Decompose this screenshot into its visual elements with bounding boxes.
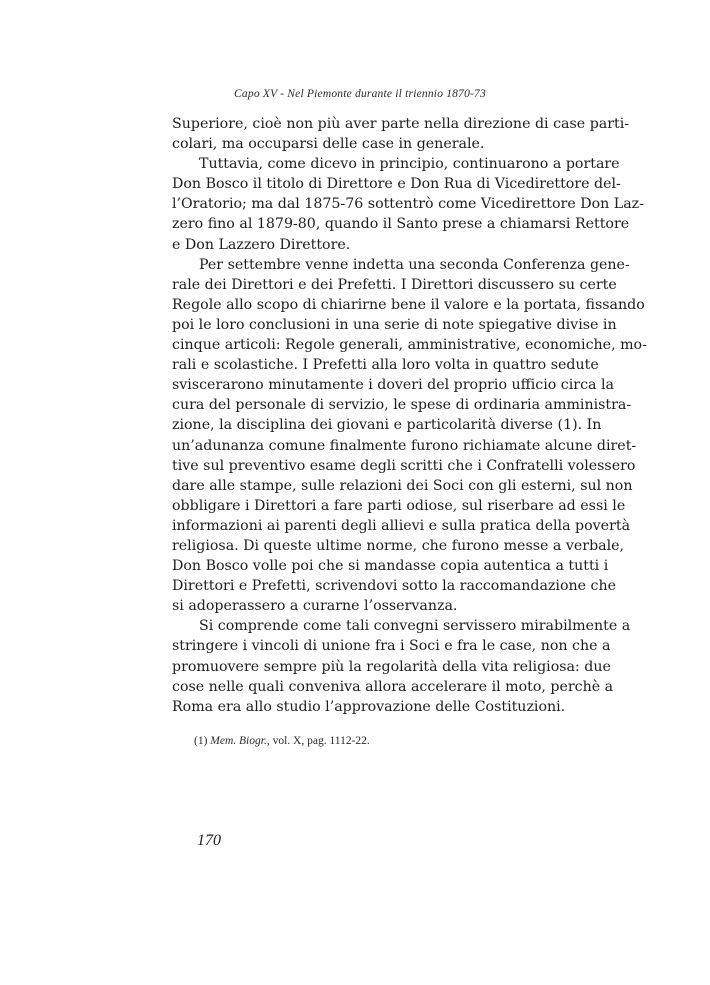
text-line: Tuttavia, come dicevo in principio, cont…	[172, 154, 570, 174]
text-line: zione, la disciplina dei giovani e parti…	[172, 415, 570, 435]
body-text: Superiore, cioè non più aver parte nella…	[172, 114, 570, 717]
text-line: stringere i vincoli di unione fra i Soci…	[172, 636, 570, 656]
running-head: Capo XV - Nel Piemonte durante il trienn…	[140, 88, 580, 100]
text-line: cose nelle quali conveniva allora accele…	[172, 677, 570, 697]
text-line: informazioni ai parenti degli allievi e …	[172, 516, 570, 536]
text-line: cinque articoli: Regole generali, ammini…	[172, 335, 570, 355]
text-line: tive sul preventivo esame degli scritti …	[172, 456, 570, 476]
text-line: Regole allo scopo di chiarirne bene il v…	[172, 295, 570, 315]
text-line: obbligare i Direttori a fare parti odios…	[172, 496, 570, 516]
text-line: si adoperassero a curarne l’osservanza.	[172, 596, 570, 616]
text-line: dare alle stampe, sulle relazioni dei So…	[172, 476, 570, 496]
text-line: sviscerarono minutamente i doveri del pr…	[172, 375, 570, 395]
text-line: Si comprende come tali convegni servisse…	[172, 616, 570, 636]
footnote-source: Mem. Biogr.	[210, 735, 267, 747]
text-line: cura del personale di servizio, le spese…	[172, 395, 570, 415]
book-page: Capo XV - Nel Piemonte durante il trienn…	[0, 0, 710, 985]
footnote-marker: (1)	[194, 735, 207, 747]
text-line: Don Bosco volle poi che si mandasse copi…	[172, 556, 570, 576]
text-line: l’Oratorio; ma dal 1875-76 sottentrò com…	[172, 194, 570, 214]
page-number: 170	[197, 832, 221, 850]
text-line: poi le loro conclusioni in una serie di …	[172, 315, 570, 335]
text-line: Per settembre venne indetta una seconda …	[172, 255, 570, 275]
footnote: (1) Mem. Biogr., vol. X, pag. 1112-22.	[194, 735, 370, 747]
footnote-reference: , vol. X, pag. 1112-22.	[267, 735, 370, 747]
text-line: Direttori e Prefetti, scrivendovi sotto …	[172, 576, 570, 596]
text-line: promuovere sempre più la regolarità dell…	[172, 657, 570, 677]
text-line: Superiore, cioè non più aver parte nella…	[172, 114, 570, 134]
text-line: Don Bosco il titolo di Direttore e Don R…	[172, 174, 570, 194]
text-line: un’adunanza comune finalmente furono ric…	[172, 436, 570, 456]
text-line: e Don Lazzero Direttore.	[172, 235, 570, 255]
text-line: Roma era allo studio l’approvazione dell…	[172, 697, 570, 717]
text-line: zero fino al 1879-80, quando il Santo pr…	[172, 214, 570, 234]
text-line: rale dei Direttori e dei Prefetti. I Dir…	[172, 275, 570, 295]
text-line: colari, ma occuparsi delle case in gener…	[172, 134, 570, 154]
text-line: rali e scolastiche. I Prefetti alla loro…	[172, 355, 570, 375]
text-line: religiosa. Di queste ultime norme, che f…	[172, 536, 570, 556]
